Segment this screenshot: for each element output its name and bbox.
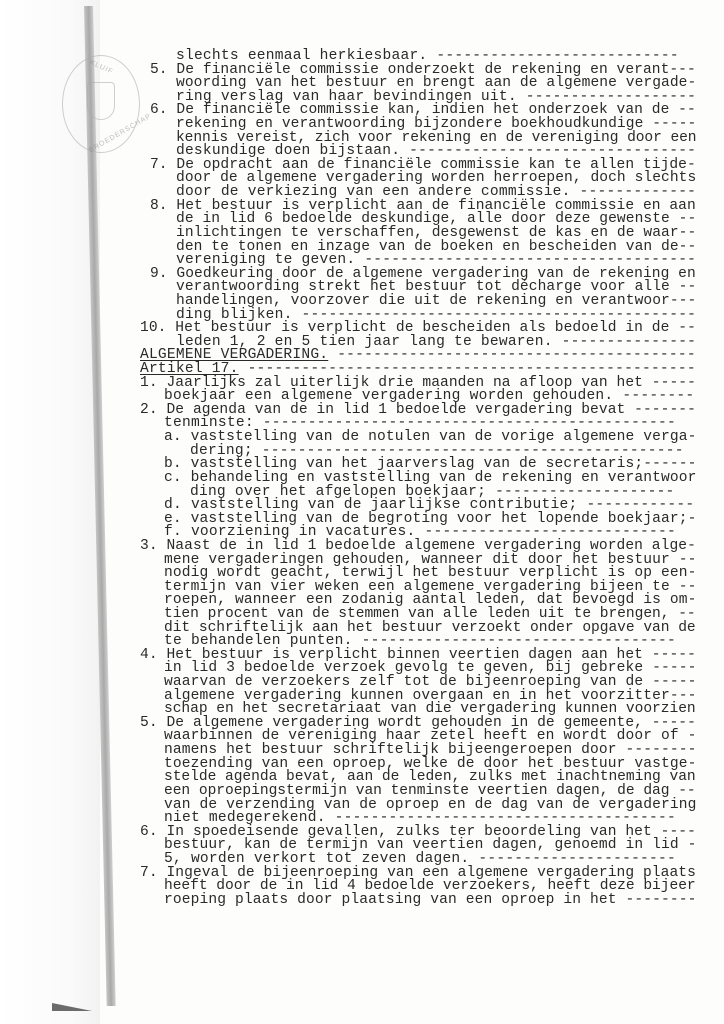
stamp-text-top: KLUIF [89, 59, 114, 76]
page-margin [0, 0, 100, 1024]
stamp-crest-icon [87, 82, 115, 120]
line-text: roeping plaats door plaatsing van een op… [164, 892, 696, 908]
text-line: roeping plaats door plaatsing van een op… [136, 894, 706, 908]
association-stamp: KLUIF BROEDERSCHAP [62, 55, 140, 153]
document-body: slechts eenmaal herkiesbaar. -----------… [136, 50, 706, 907]
